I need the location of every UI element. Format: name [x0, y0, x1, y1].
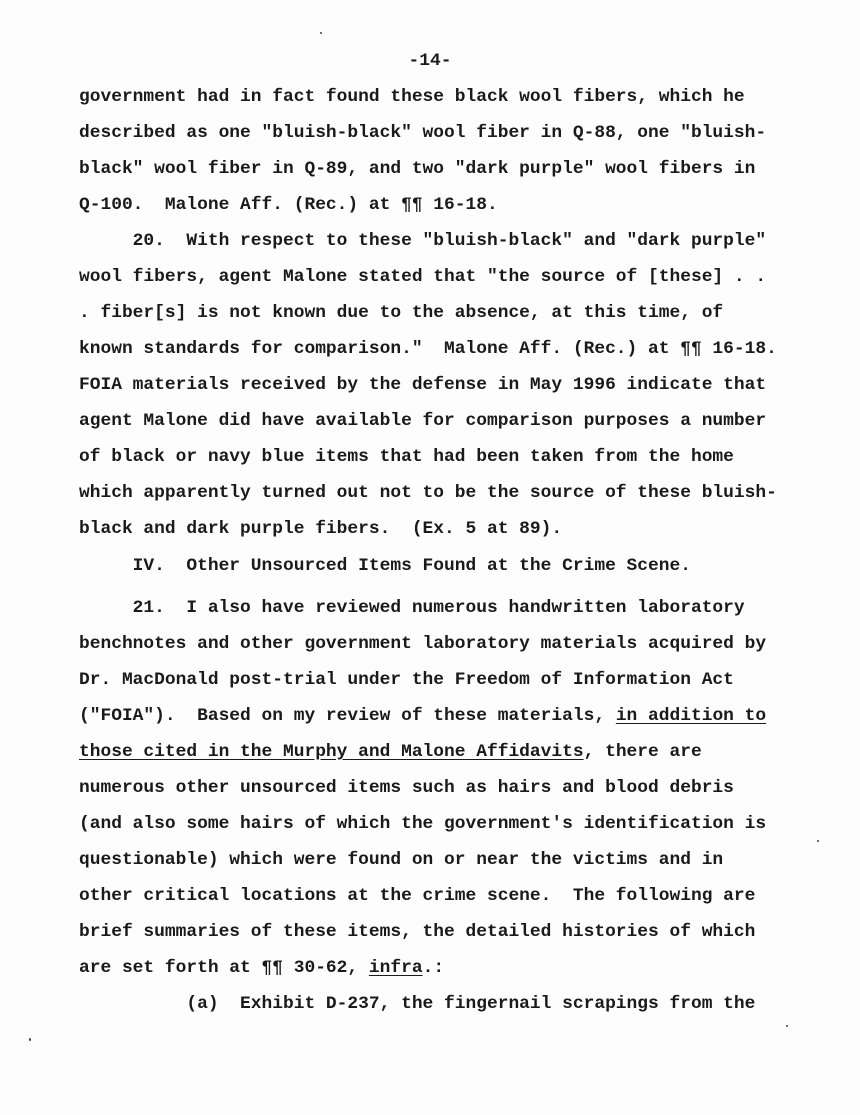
text-segment: ("FOIA"). Based on my review of these ma… [79, 706, 616, 726]
text-line: which apparently turned out not to be th… [79, 482, 777, 504]
text-line: other critical locations at the crime sc… [79, 885, 755, 907]
document-page: -14- government had in fact found these … [0, 0, 860, 1115]
text-line: ("FOIA"). Based on my review of these ma… [79, 705, 766, 727]
text-line: black" wool fiber in Q-89, and two "dark… [79, 158, 755, 180]
text-line: . fiber[s] is not known due to the absen… [79, 302, 723, 324]
text-line: Q-100. Malone Aff. (Rec.) at ¶¶ 16-18. [79, 194, 498, 216]
page-number: -14- [0, 50, 860, 72]
text-segment: are set forth at ¶¶ 30-62, [79, 958, 369, 978]
underlined-phrase: in addition to [616, 706, 766, 726]
text-line: benchnotes and other government laborato… [79, 633, 766, 655]
text-line: FOIA materials received by the defense i… [79, 374, 766, 396]
text-line: of black or navy blue items that had bee… [79, 446, 734, 468]
scan-speck [29, 1038, 31, 1041]
paragraph-20-start: 20. With respect to these "bluish-black"… [79, 230, 766, 252]
text-line: black and dark purple fibers. (Ex. 5 at … [79, 518, 562, 540]
text-line: known standards for comparison." Malone … [79, 338, 777, 360]
text-line: described as one "bluish-black" wool fib… [79, 122, 766, 144]
scan-speck [320, 32, 322, 34]
text-line: those cited in the Murphy and Malone Aff… [79, 741, 702, 763]
section-heading: IV. Other Unsourced Items Found at the C… [79, 555, 691, 577]
underlined-phrase: those cited in the Murphy and Malone Aff… [79, 742, 584, 762]
text-line: wool fibers, agent Malone stated that "t… [79, 266, 766, 288]
text-line: numerous other unsourced items such as h… [79, 777, 734, 799]
text-segment: .: [423, 958, 444, 978]
paragraph-21-start: 21. I also have reviewed numerous handwr… [79, 597, 745, 619]
underlined-phrase: infra [369, 958, 423, 978]
scan-speck [817, 840, 819, 842]
scan-speck [786, 1025, 788, 1027]
text-line: brief summaries of these items, the deta… [79, 921, 755, 943]
text-segment: , there are [584, 742, 702, 762]
text-line: Dr. MacDonald post-trial under the Freed… [79, 669, 734, 691]
text-line: are set forth at ¶¶ 30-62, infra.: [79, 957, 444, 979]
text-line: government had in fact found these black… [79, 86, 745, 108]
text-line: questionable) which were found on or nea… [79, 849, 723, 871]
list-item-a: (a) Exhibit D-237, the fingernail scrapi… [79, 993, 755, 1015]
text-line: agent Malone did have available for comp… [79, 410, 766, 432]
text-line: (and also some hairs of which the govern… [79, 813, 766, 835]
